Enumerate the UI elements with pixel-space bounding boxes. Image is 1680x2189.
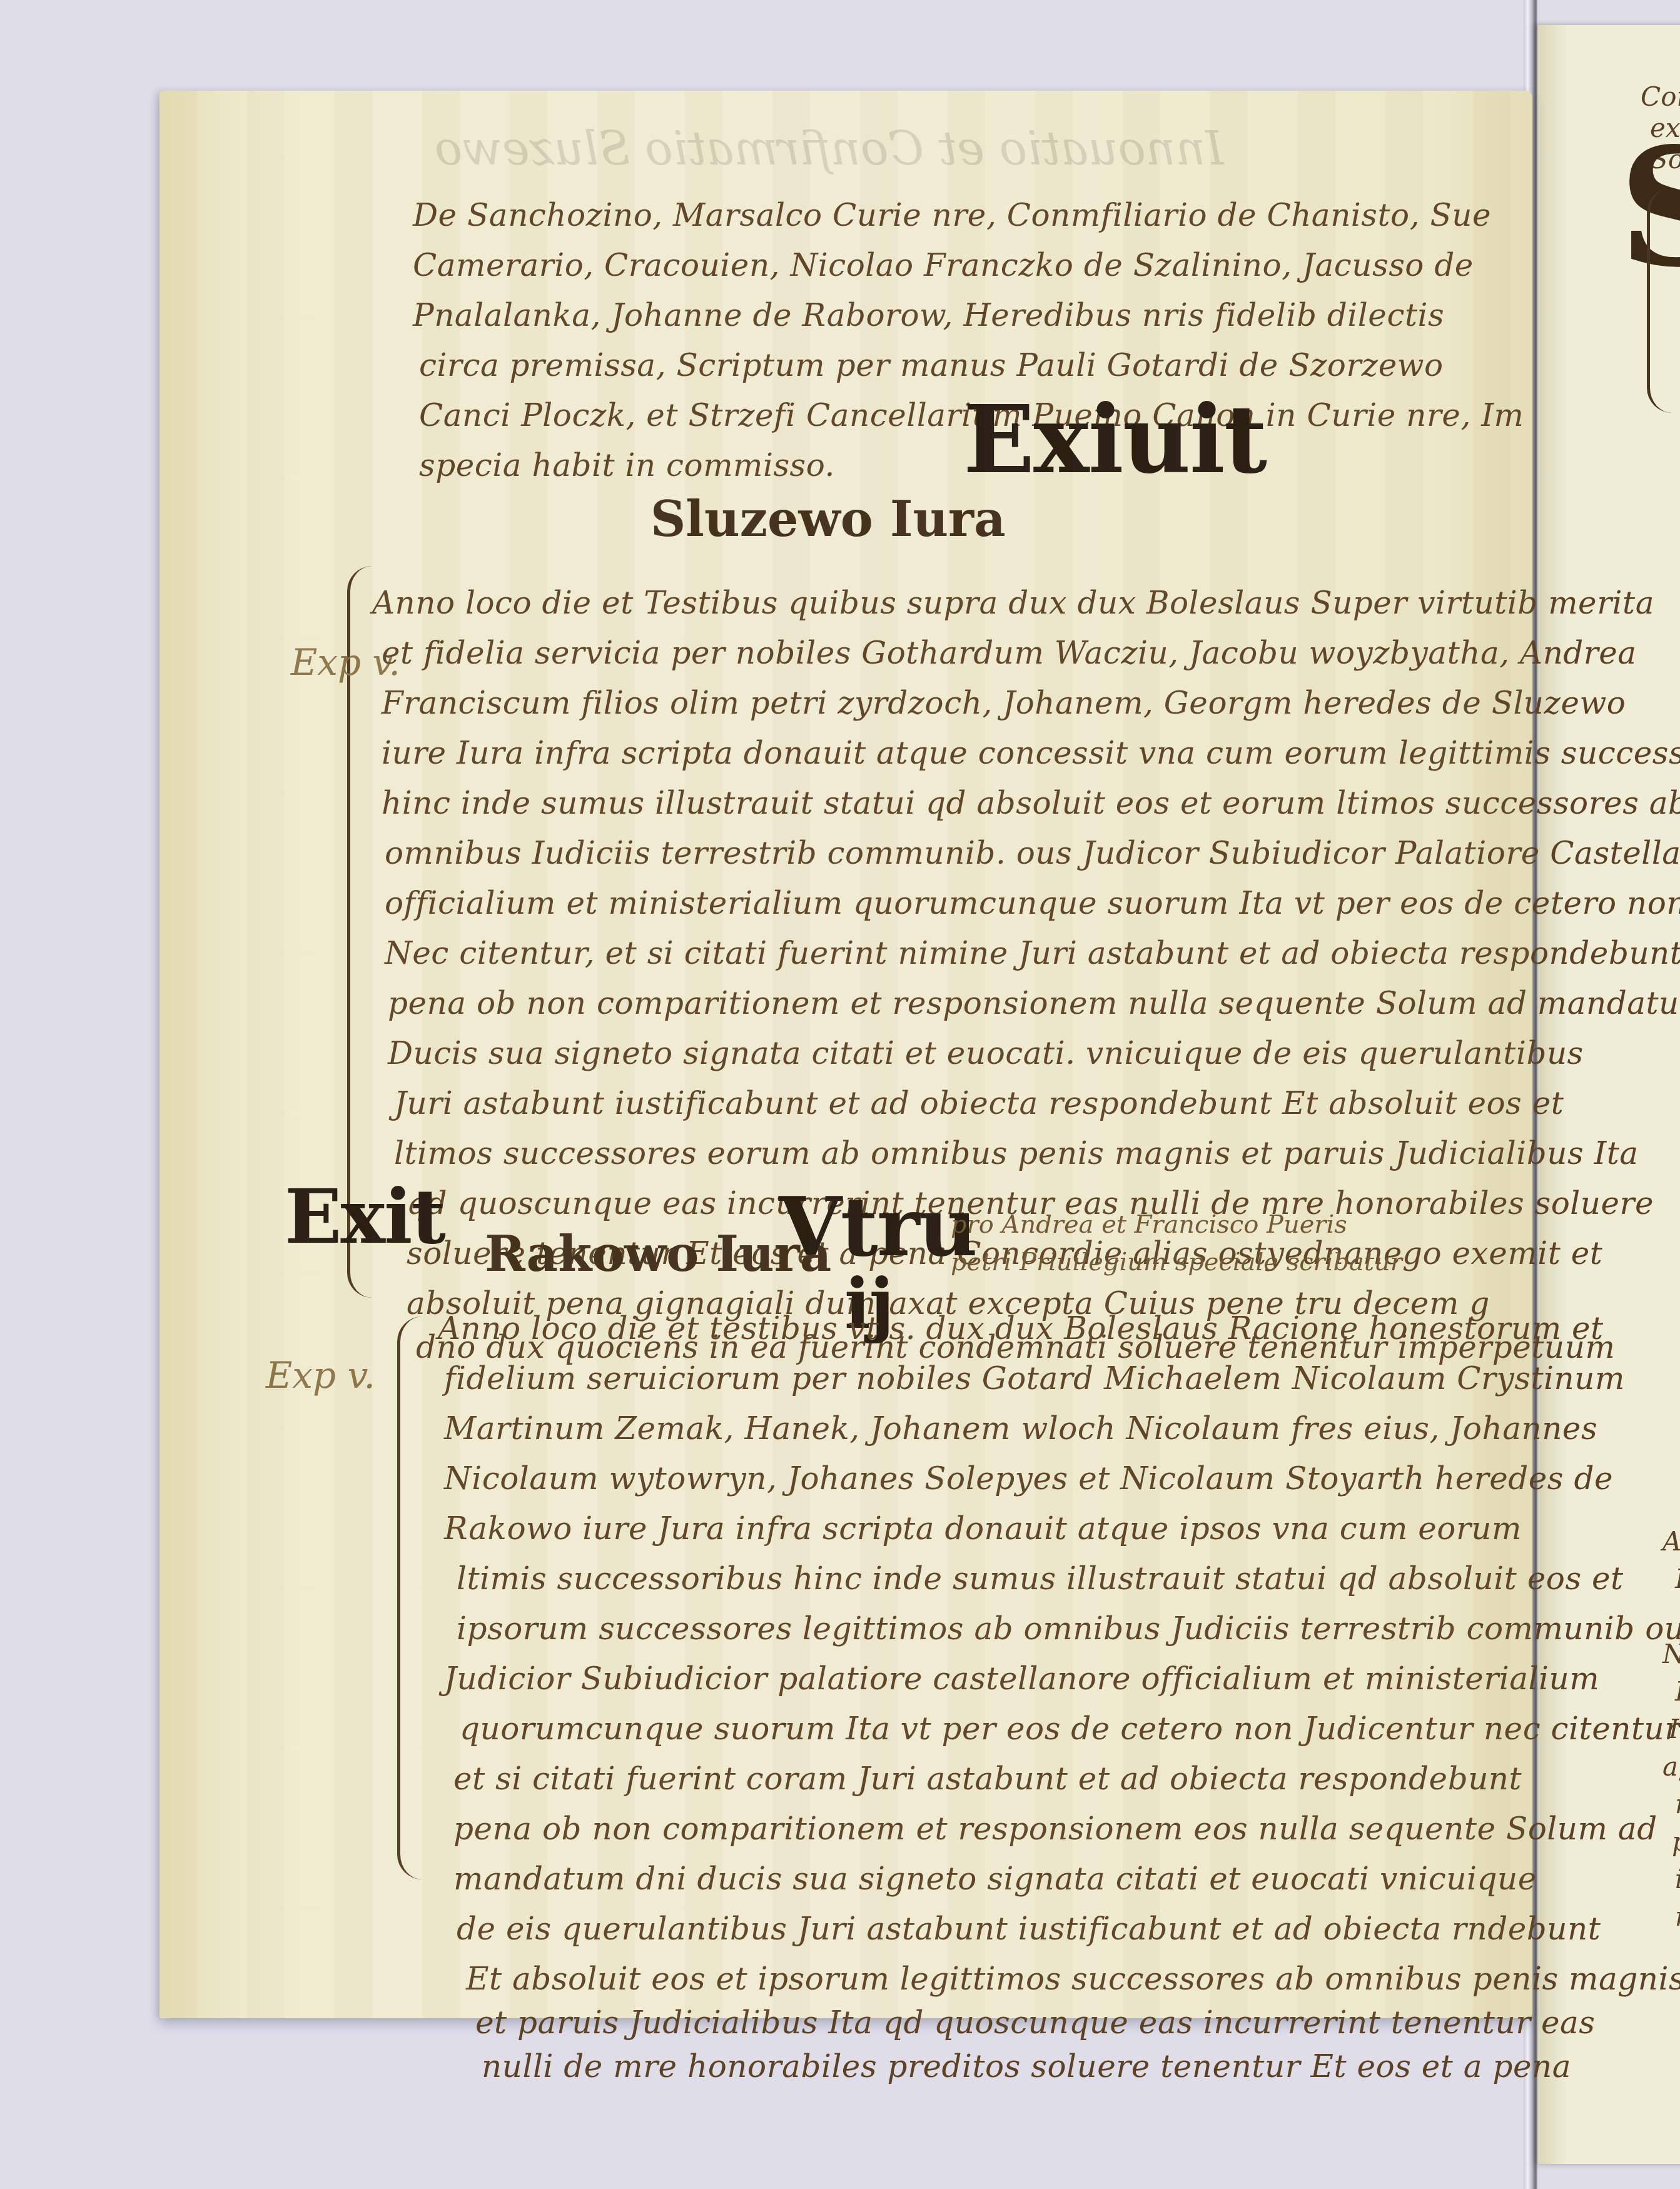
right-page-fragment: Kis (1675, 1676, 1680, 1707)
margin-rubric-exit: Exit (285, 1173, 445, 1261)
text-line: pena ob non comparitionem et responsione… (388, 985, 1680, 1021)
side-note-line: pro Andrea et Francisco Pueris (951, 1210, 1347, 1239)
text-line: Franciscum filios olim petri zyrdzoch, J… (382, 685, 1626, 721)
text-line: fidelium seruiciorum per nobiles Gotard … (444, 1360, 1625, 1397)
text-line: hinc inde sumus illustrauit statui qd ab… (382, 785, 1680, 821)
text-line: Rakowo iure Jura infra scripta donauit a… (444, 1510, 1522, 1547)
text-line: iure Iura infra scripta donauit atque co… (382, 735, 1680, 771)
right-page-fragment: Anni (1662, 1526, 1680, 1557)
text-line: de eis querulantibus Juri astabunt iusti… (457, 1911, 1601, 1947)
text-line: pena ob non comparitionem et responsione… (453, 1811, 1657, 1847)
text-line: Martinum Zemak, Hanek, Johanem wloch Nic… (444, 1410, 1597, 1447)
text-line: De Sanchozino, Marsalco Curie nre, Conmf… (413, 197, 1491, 233)
text-line: ipsorum successores legittimos ab omnibu… (457, 1610, 1680, 1647)
right-page-fragment: refo (1675, 1901, 1680, 1932)
side-note-line: petri Priuilegium speciale scribatur (951, 1248, 1402, 1276)
text-line: mandatum dni ducis sua signeto signata c… (453, 1861, 1537, 1897)
text-line: ltimos successores eorum ab omnibus peni… (394, 1135, 1639, 1171)
text-line: Anno loco die et testibus vt s. dux dux … (438, 1310, 1604, 1347)
text-line: Et absoluit eos et ipsorum legittimos su… (466, 1961, 1680, 1997)
section-bracket (397, 1317, 425, 1879)
right-page-fragment: pesb (1672, 1826, 1680, 1857)
show-through-heading: Innouatio et Confirmatio Sluzewo (435, 122, 1223, 176)
text-line: quorumcunque suorum Ita vt per eos de ce… (460, 1711, 1680, 1747)
right-page-fragment: agere (1662, 1751, 1680, 1782)
section-bracket (1647, 188, 1675, 413)
text-line: et fidelia servicia per nobiles Gothardu… (382, 635, 1637, 671)
right-page-fragment: Conco (1641, 81, 1680, 112)
text-line: officialium et ministerialium quorumcunq… (385, 885, 1680, 921)
text-line: circa premissa, Scriptum per manus Pauli… (419, 347, 1444, 383)
text-line: Juri astabunt iustificabunt et ad obiect… (394, 1085, 1564, 1121)
section-heading-sluzewo: Sluzewo Iura (650, 491, 1006, 548)
text-line: nulli de mre honorabiles preditos soluer… (482, 2048, 1571, 2085)
text-line: omnibus Iudiciis terrestrib communib. ou… (385, 835, 1680, 871)
rubric-vtru: Vtru (779, 1179, 976, 1275)
right-page-fragment: Pri (1675, 1564, 1680, 1594)
left-page: Innouatio et Confirmatio Sluzewo De Sanc… (159, 91, 1532, 2018)
margin-note: Exp v. (266, 1354, 375, 1397)
text-line: ltimis successoribus hinc inde sumus ill… (457, 1560, 1624, 1597)
right-page-fragment: refo (1675, 1789, 1680, 1819)
text-line: Judicior Subiudicior palatiore castellan… (444, 1661, 1599, 1697)
text-line: specia habit in commisso. (419, 447, 835, 483)
right-page-fragment: in (1675, 1864, 1680, 1894)
text-line: et paruis Judicialibus Ita qd quoscunque… (475, 2004, 1596, 2041)
text-line: Ducis sua signeto signata citati et euoc… (388, 1035, 1584, 1071)
text-line: Camerario, Cracouien, Nicolao Franczko d… (413, 247, 1474, 283)
text-line: Pnalalanka, Johanne de Raborow, Heredibu… (413, 297, 1444, 333)
rubric-exiuit: Exiuit (963, 385, 1266, 495)
text-line: Nec citentur, et si citati fuerint nimin… (385, 935, 1680, 971)
text-line: Nicolaum wytowryn, Johanes Solepyes et N… (444, 1460, 1613, 1497)
text-line: et si citati fuerint coram Juri astabunt… (453, 1761, 1522, 1797)
text-line: Anno loco die et Testibus quibus supra d… (372, 585, 1654, 621)
